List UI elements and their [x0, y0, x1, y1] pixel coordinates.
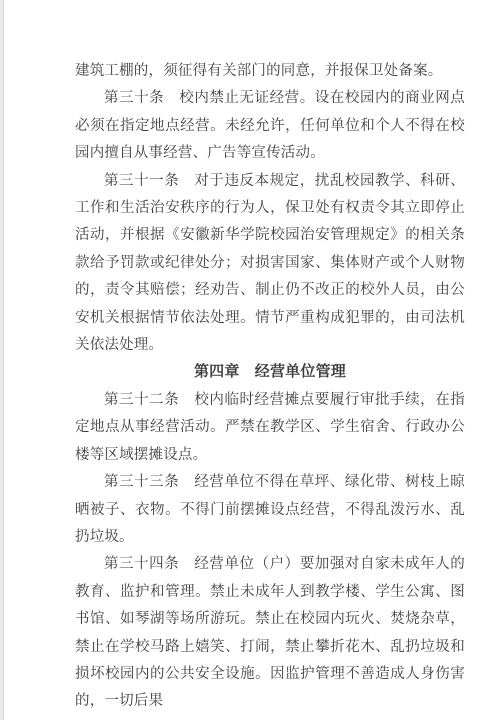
paragraph-article-33: 第三十三条 经营单位不得在草坪、绿化带、树枝上晾晒被子、衣物。不得门前摆摊设点经… [75, 469, 465, 551]
paragraph-article-31: 第三十一条 对于违反本规定，扰乱校园教学、科研、工作和生活治安秩序的行为人，保卫… [75, 168, 465, 360]
page-content: 建筑工棚的，须征得有关部门的同意，并报保卫处备案。 第三十条 校内禁止无证经营。… [75, 58, 465, 716]
paragraph-continuation: 建筑工棚的，须征得有关部门的同意，并报保卫处备案。 [75, 58, 465, 85]
paragraph-article-32: 第三十二条 校内临时经营摊点要履行审批手续，在指定地点从事经营活动。严禁在教学区… [75, 387, 465, 469]
paragraph-article-30: 第三十条 校内禁止无证经营。设在校园内的商业网点必须在指定地点经营。未经允许，任… [75, 85, 465, 167]
document-page: 建筑工棚的，须征得有关部门的同意，并报保卫处备案。 第三十条 校内禁止无证经营。… [0, 0, 494, 720]
page-left-edge [0, 0, 4, 720]
paragraph-article-34: 第三十四条 经营单位（户）要加强对自家未成年人的教育、监护和管理。禁止未成年人到… [75, 551, 465, 715]
chapter-heading: 第四章 经营单位管理 [75, 359, 465, 386]
